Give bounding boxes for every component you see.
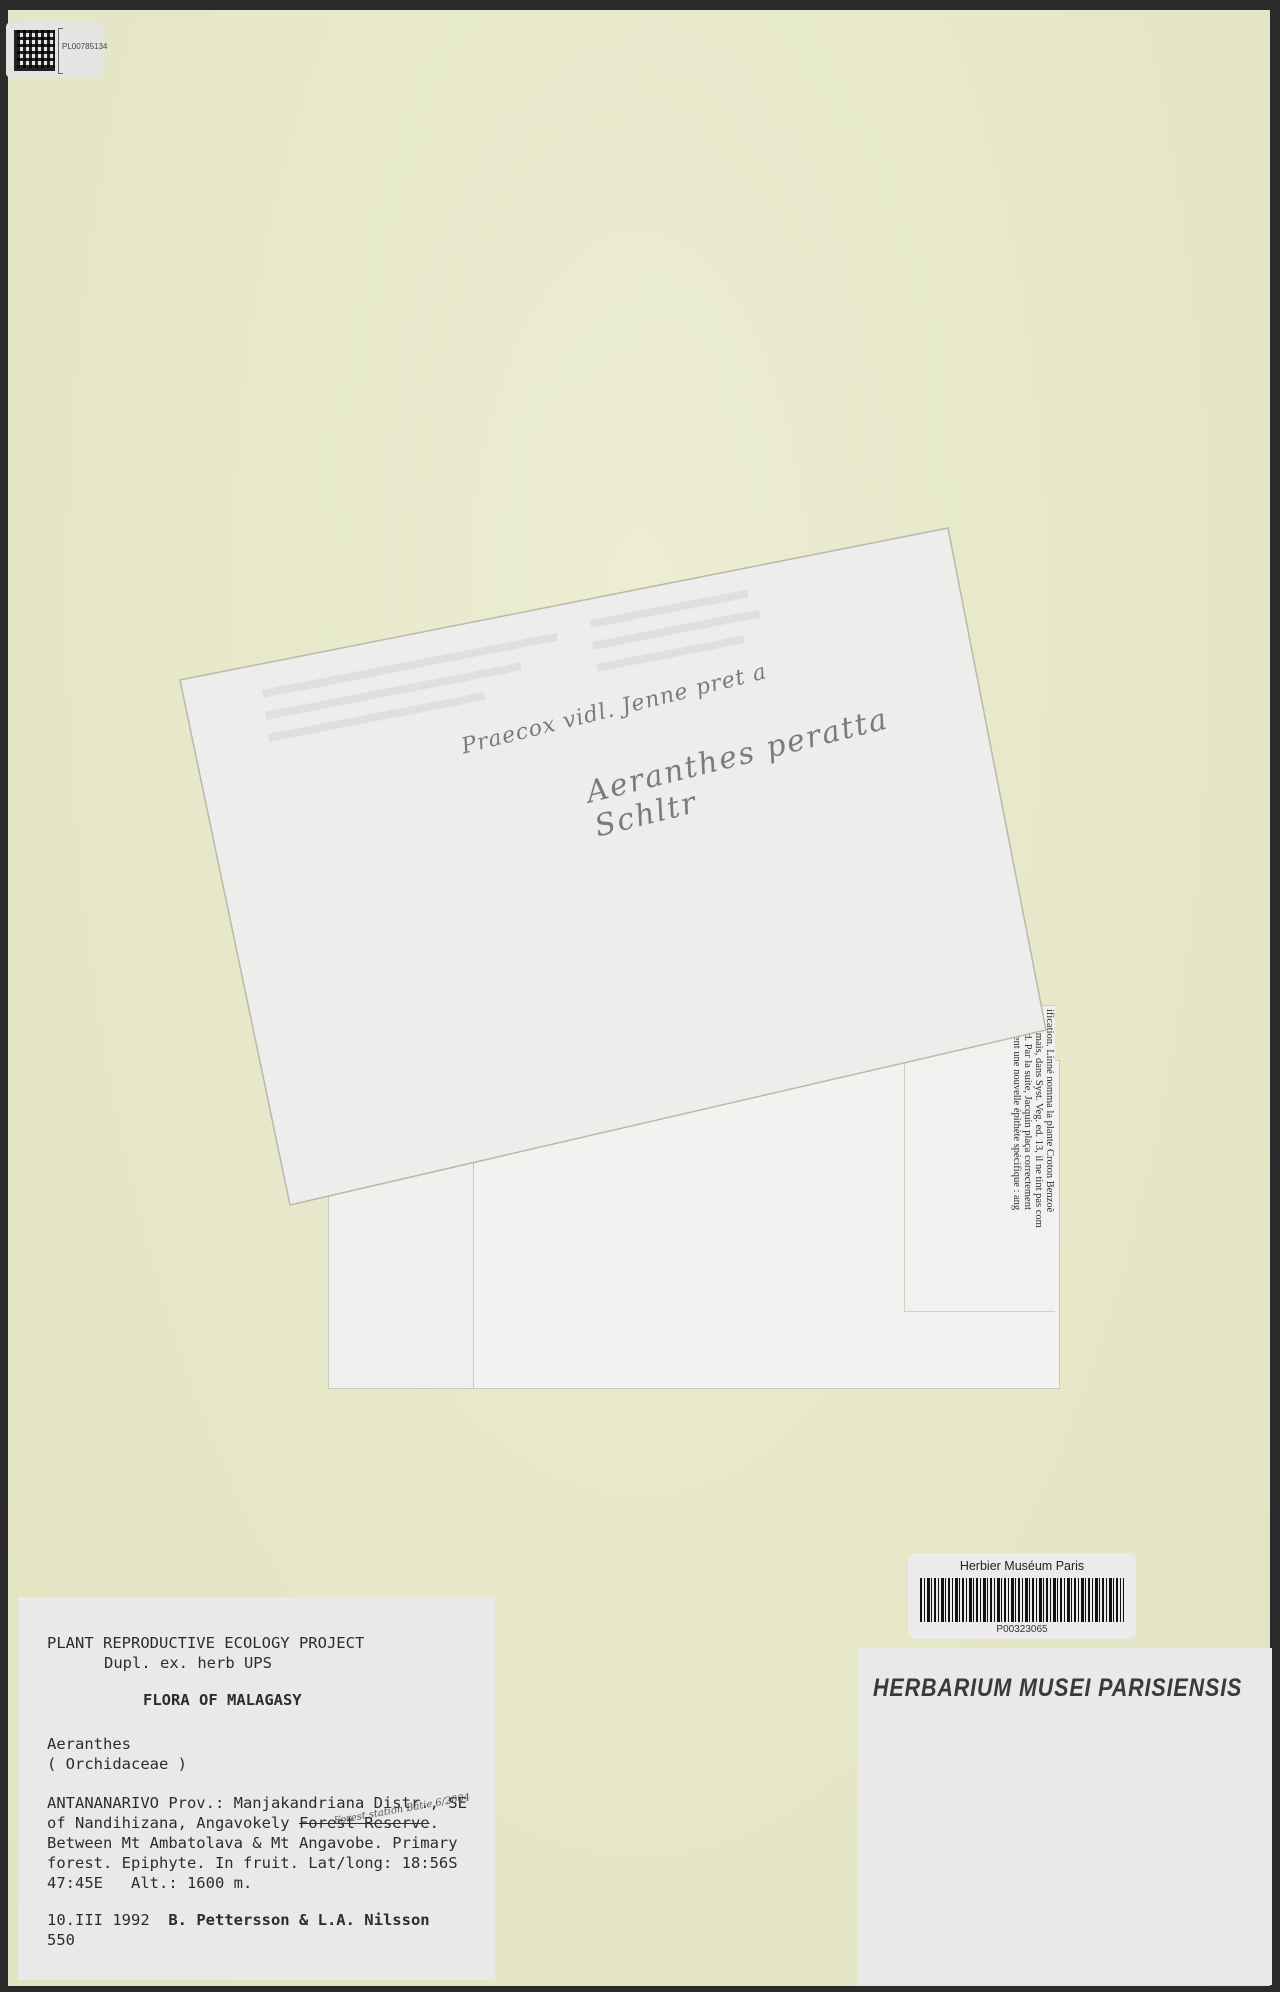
- locality-line-3: Between Mt Ambatolava & Mt Angavobe. Pri…: [47, 1834, 458, 1854]
- collection-date: 10.III 1992: [47, 1911, 150, 1929]
- newspaper-clipping: ification. Linné nomma la plante Croton …: [1000, 1005, 1055, 1310]
- mnhn-barcode-label: Herbier Muséum Paris P00323065: [908, 1553, 1136, 1639]
- datamatrix-code-icon: [14, 30, 55, 71]
- locality-line-4: forest. Epiphyte. In fruit. Lat/long: 18…: [47, 1854, 458, 1874]
- barcode-number: P00323065: [908, 1624, 1136, 1635]
- genus-name: Aeranthes: [47, 1735, 131, 1755]
- collectors: B. Pettersson & L.A. Nilsson: [168, 1911, 429, 1929]
- herbarium-title: HERBARIUM MUSEI PARISIENSIS: [873, 1674, 1208, 1703]
- barcode-icon: [920, 1578, 1124, 1622]
- herbarium-label: HERBARIUM MUSEI PARISIENSIS: [858, 1648, 1272, 1985]
- clipping-line: timement une nouvelle épithète spécifiqu…: [1011, 1005, 1022, 1310]
- project-name: PLANT REPRODUCTIVE ECOLOGY PROJECT: [47, 1634, 364, 1654]
- locality-text: of Nandihizana, Angavokely: [47, 1814, 299, 1832]
- collection-line: 10.III 1992 B. Pettersson & L.A. Nilsson: [47, 1911, 430, 1931]
- datamatrix-code-text: PL00785134: [62, 42, 107, 51]
- collection-number: 550: [47, 1931, 75, 1951]
- flora-title: FLORA OF MALAGASY: [143, 1691, 302, 1711]
- clipping-line: op tard. Par la suite, Jacquin plaça cor…: [1022, 1005, 1033, 1310]
- envelope-left-panel: [328, 1150, 475, 1389]
- clipping-line: ification. Linné nomma la plante Croton …: [1044, 1005, 1055, 1310]
- bracket-decoration: [58, 28, 63, 74]
- locality-line-5: 47:45E Alt.: 1600 m.: [47, 1874, 252, 1894]
- specimen-label: PLANT REPRODUCTIVE ECOLOGY PROJECT Dupl.…: [18, 1597, 495, 1980]
- clipping-line: oton, mais, dans Syst. Veg. ed. 13, il n…: [1033, 1005, 1044, 1310]
- duplicate-note: Dupl. ex. herb UPS: [104, 1654, 272, 1674]
- family-name: ( Orchidaceae ): [47, 1755, 187, 1775]
- locality-text: .: [430, 1814, 439, 1832]
- datamatrix-label: PL00785134: [6, 22, 104, 78]
- barcode-title: Herbier Muséum Paris: [908, 1559, 1136, 1573]
